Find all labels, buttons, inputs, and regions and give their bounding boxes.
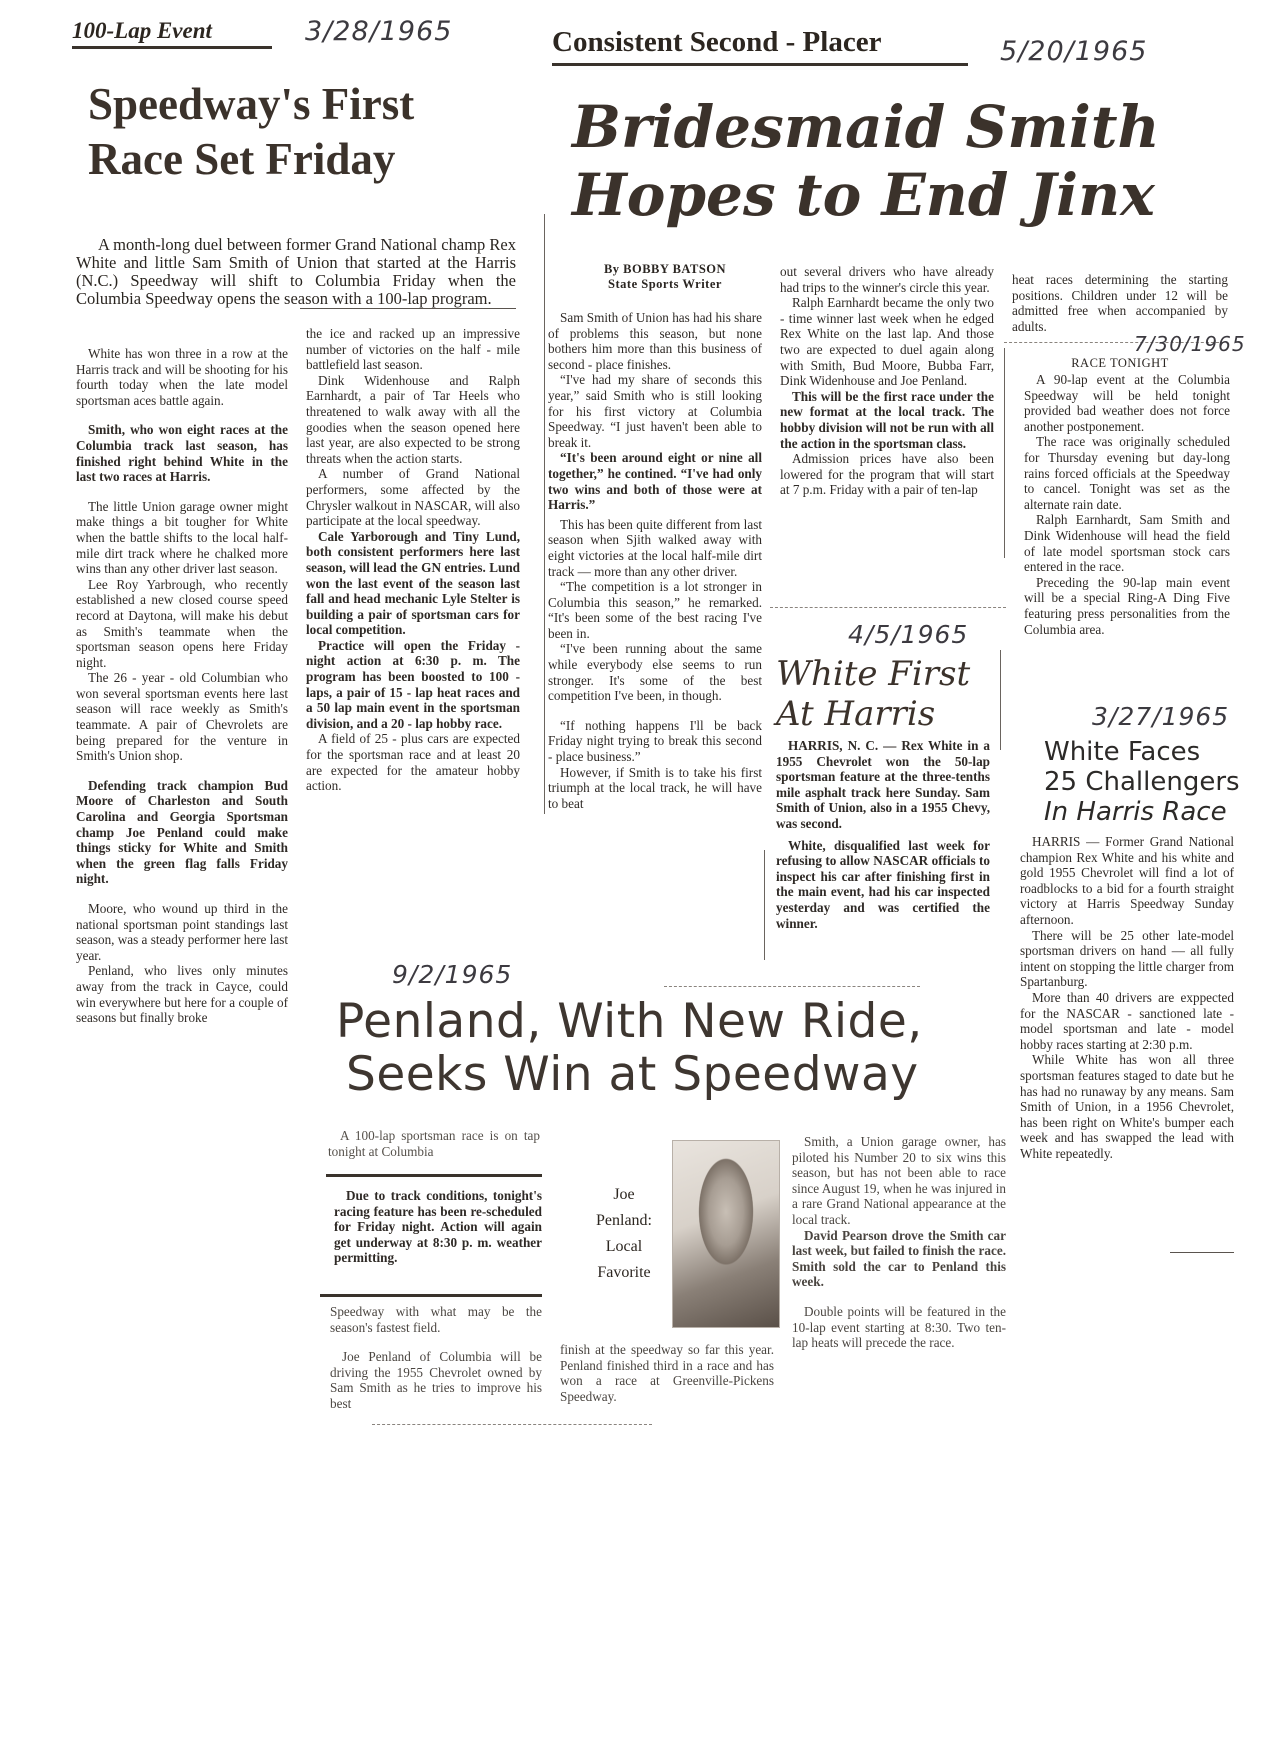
paragraph: “The competition is a lot stronger in Co… <box>548 579 762 641</box>
race-tonight-body: A 90-lap event at the Columbia Speedway … <box>1024 372 1230 637</box>
divider <box>770 607 1006 608</box>
boxed-note: Due to track conditions, tonight's racin… <box>334 1188 542 1266</box>
column-3: heat races determining the starting posi… <box>1012 272 1228 334</box>
paragraph: Sam Smith of Union has had his share of … <box>548 310 762 372</box>
headline: Bridesmaid Smith Hopes to End Jinx <box>572 96 1160 228</box>
portrait-photo <box>672 1140 780 1328</box>
headline-line: Seeks Win at Speedway <box>336 1049 923 1102</box>
caption-line: Penland: <box>576 1208 672 1234</box>
white-first-body: HARRIS, N. C. — Rex White in a 1955 Chev… <box>776 738 990 931</box>
divider <box>326 1174 542 1177</box>
paragraph: Smith, who won eight races at the Columb… <box>76 422 288 484</box>
paragraph: out several drivers who have already had… <box>780 264 994 295</box>
paragraph: Penland, who lives only minutes away fro… <box>76 963 288 1025</box>
divider <box>320 1294 542 1297</box>
paragraph: The 26 - year - old Columbian who won se… <box>76 670 288 764</box>
caption-line: Joe <box>576 1182 672 1208</box>
headline-line: White First <box>776 654 970 694</box>
caption-line: Favorite <box>576 1260 672 1286</box>
headline-line: 25 Challengers <box>1044 768 1240 798</box>
paragraph: The little Union garage owner might make… <box>76 499 288 577</box>
headline-line: At Harris <box>776 694 970 734</box>
paragraph: Defending track champion Bud Moore of Ch… <box>76 778 288 887</box>
photo-caption: Joe Penland: Local Favorite <box>576 1182 672 1286</box>
paragraph: Joe Penland of Columbia will be driving … <box>330 1349 542 1411</box>
column-2: out several drivers who have already had… <box>780 264 994 498</box>
paragraph: Lee Roy Yarbrough, who recently establis… <box>76 577 288 671</box>
column-rule <box>764 850 765 960</box>
paragraph: A 90-lap event at the Columbia Speedway … <box>1024 372 1230 434</box>
column-rule <box>1000 650 1001 750</box>
paragraph: This will be the first race under the ne… <box>780 389 994 451</box>
paragraph: However, if Smith is to take his first t… <box>548 765 762 812</box>
column-1: Sam Smith of Union has had his share of … <box>548 310 762 811</box>
paragraph: This has been quite different from last … <box>548 517 762 579</box>
headline-line: Penland, With New Ride, <box>336 996 923 1049</box>
paragraph: Speedway with what may be the season's f… <box>330 1304 542 1335</box>
paragraph: “I've had my share of seconds this year,… <box>548 372 762 450</box>
headline-line: White Faces <box>1044 738 1240 768</box>
column-rule <box>544 214 545 814</box>
paragraph: Moore, who wound up third in the nationa… <box>76 901 288 963</box>
byline-title: State Sports Writer <box>560 277 770 292</box>
paragraph: Cale Yarborough and Tiny Lund, both cons… <box>306 529 520 638</box>
paragraph: Double points will be featured in the 10… <box>792 1304 1006 1351</box>
white-faces-body: HARRIS — Former Grand National champion … <box>1020 834 1234 1161</box>
article-speedway-first-race <box>0 0 1 1</box>
paragraph: White, disqualified last week for refusi… <box>776 838 990 932</box>
byline-name: By BOBBY BATSON <box>560 262 770 277</box>
deck: A 100-lap sportsman race is on tap tonig… <box>328 1128 540 1159</box>
paragraph: Admission prices have also been lowered … <box>780 451 994 498</box>
lead-text: A month-long duel between former Grand N… <box>76 236 516 308</box>
paragraph: Practice will open the Friday - night ac… <box>306 638 520 732</box>
deck-text: A 100-lap sportsman race is on tap tonig… <box>328 1128 540 1159</box>
paragraph: “I've been running about the same while … <box>548 641 762 703</box>
section-heading: RACE TONIGHT <box>1030 356 1210 371</box>
column-rule <box>1004 348 1005 558</box>
headline: Speedway's First Race Set Friday <box>88 80 414 183</box>
handwritten-date: 3/28/1965 <box>305 16 452 47</box>
paragraph: David Pearson drove the Smith car last w… <box>792 1228 1006 1290</box>
paragraph: heat races determining the starting posi… <box>1012 272 1228 334</box>
caption-line: Local <box>576 1234 672 1260</box>
kicker-100-lap-event: 100-Lap Event <box>72 18 272 49</box>
paragraph: Ralph Earnhardt, Sam Smith and Dink Wide… <box>1024 512 1230 574</box>
column-2: finish at the speedway so far this year.… <box>560 1342 774 1404</box>
column-2: the ice and racked up an impressive numb… <box>306 326 520 794</box>
divider <box>664 986 920 987</box>
paragraph: Smith, a Union garage owner, has piloted… <box>792 1134 1006 1228</box>
column-1: Speedway with what may be the season's f… <box>330 1304 542 1412</box>
paragraph: finish at the speedway so far this year.… <box>560 1342 774 1404</box>
column-3: Smith, a Union garage owner, has piloted… <box>792 1134 1006 1351</box>
paragraph: A field of 25 - plus cars are expected f… <box>306 731 520 793</box>
paragraph: A number of Grand National performers, s… <box>306 466 520 528</box>
lead-paragraph: A month-long duel between former Grand N… <box>76 236 516 308</box>
headline-line: Speedway's First <box>88 80 414 129</box>
headline: White Faces 25 Challengers In Harris Rac… <box>1044 738 1240 828</box>
paragraph: Preceding the 90-lap main event will be … <box>1024 575 1230 637</box>
headline: White First At Harris <box>776 654 970 734</box>
headline-line: Bridesmaid Smith <box>572 96 1160 160</box>
handwritten-date: 3/27/1965 <box>1092 702 1229 731</box>
paragraph: HARRIS — Former Grand National champion … <box>1020 834 1234 928</box>
handwritten-date: 5/20/1965 <box>1000 36 1147 67</box>
paragraph: There will be 25 other late-model sports… <box>1020 928 1234 990</box>
handwritten-date: 7/30/1965 <box>1134 332 1246 356</box>
paragraph: Ralph Earnhardt became the only two - ti… <box>780 295 994 389</box>
paragraph: The race was originally scheduled for Th… <box>1024 434 1230 512</box>
headline-line: In Harris Race <box>1044 798 1240 828</box>
byline: By BOBBY BATSON State Sports Writer <box>560 262 770 292</box>
paragraph: “If nothing happens I'll be back Friday … <box>548 718 762 765</box>
headline-line: Race Set Friday <box>88 135 414 184</box>
column-1: White has won three in a row at the Harr… <box>76 346 288 1026</box>
kicker-consistent-second-placer: Consistent Second - Placer <box>552 26 968 66</box>
paragraph: Dink Widenhouse and Ralph Earnhardt, a p… <box>306 373 520 467</box>
handwritten-date: 4/5/1965 <box>848 620 968 649</box>
handwritten-date: 9/2/1965 <box>392 960 512 989</box>
headline: Penland, With New Ride, Seeks Win at Spe… <box>336 996 923 1101</box>
paragraph: White has won three in a row at the Harr… <box>76 346 288 408</box>
divider <box>300 308 516 309</box>
paragraph: More than 40 drivers are exppected for t… <box>1020 990 1234 1052</box>
paragraph: HARRIS, N. C. — Rex White in a 1955 Chev… <box>776 738 990 832</box>
headline-line: Hopes to End Jinx <box>572 164 1160 228</box>
divider <box>372 1424 652 1425</box>
paragraph: While White has won all three sportsman … <box>1020 1052 1234 1161</box>
paragraph: “It's been around eight or nine all toge… <box>548 450 762 512</box>
paragraph: the ice and racked up an impressive numb… <box>306 326 520 373</box>
divider <box>1170 1252 1234 1253</box>
note-text: Due to track conditions, tonight's racin… <box>334 1188 542 1266</box>
